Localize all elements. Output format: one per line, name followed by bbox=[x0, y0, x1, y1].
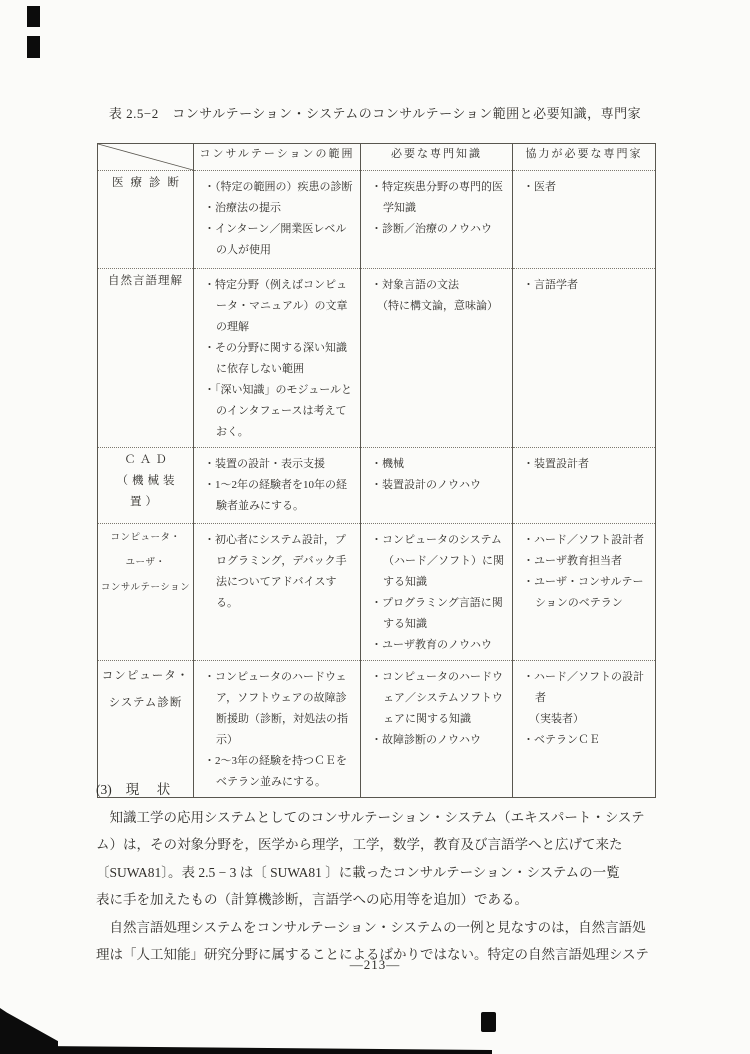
table-cell-line: ・コンピュータのハードウェア／システムソフトウェアに関する知識 bbox=[371, 667, 506, 730]
table-cell-line: ・診断／治療のノウハウ bbox=[371, 219, 506, 240]
row-label: コンピュータ・ユーザ・コンサルテーション bbox=[98, 524, 194, 661]
table-cell-line: ・特定分野（例えばコンピュータ・マニュアル）の文章の理解 bbox=[204, 275, 354, 338]
table-cell-line: ・プログラミング言語に関する知識 bbox=[371, 593, 506, 635]
body-text: (3)現 状 知識工学の応用システムとしてのコンサルテーション・システム（エキス… bbox=[96, 776, 672, 969]
cell-knowledge: ・コンピュータのシステム（ハード／ソフト）に関する知識・プログラミング言語に関す… bbox=[361, 524, 513, 661]
row-label: 自然言語理解 bbox=[98, 269, 194, 448]
table-cell-line: ・対象言語の文法 bbox=[371, 275, 506, 296]
row-label-line: コンサルテーション bbox=[100, 576, 191, 601]
table-caption: 表 2.5−2 コンサルテーション・システムのコンサルテーション範囲と必要知識，… bbox=[0, 103, 750, 122]
consultation-system-table: コンサルテーションの範囲 必要な専門知識 協力が必要な専門家 医療診断 ・（特定… bbox=[97, 143, 656, 798]
table-cell-line: ・1～2年の経験者を10年の経験者並みにする。 bbox=[204, 475, 354, 517]
cell-experts: ・医者 bbox=[513, 171, 656, 269]
row-label: ＣＡＤ（機械装置） bbox=[98, 448, 194, 524]
row-label-line: ＣＡＤ bbox=[100, 450, 191, 471]
cell-scope: ・特定分野（例えばコンピュータ・マニュアル）の文章の理解・その分野に関する深い知… bbox=[194, 269, 361, 448]
cell-experts: ・ハード／ソフト設計者・ユーザ教育担当者・ユーザ・コンサルテーションのベテラン bbox=[513, 524, 656, 661]
body-text-line: 表に手を加えたもの（計算機診断，言語学への応用等を追加）である。 bbox=[96, 886, 672, 914]
cell-knowledge: ・特定疾患分野の専門的医学知識・診断／治療のノウハウ bbox=[361, 171, 513, 269]
table-header-row: コンサルテーションの範囲 必要な専門知識 協力が必要な専門家 bbox=[98, 144, 656, 171]
table-row-cad: ＣＡＤ（機械装置） ・装置の設計・表示支援・1～2年の経験者を10年の経験者並み… bbox=[98, 448, 656, 524]
scan-artifact-top-left-2 bbox=[27, 36, 40, 58]
table-cell-line: ・コンピュータのシステム（ハード／ソフト）に関する知識 bbox=[371, 530, 506, 593]
cell-experts: ・言語学者 bbox=[513, 269, 656, 448]
section-number: (3) bbox=[96, 776, 112, 804]
row-label-line: 自然言語理解 bbox=[100, 271, 191, 292]
table-cell-line: ・その分野に関する深い知識に依存しない範囲 bbox=[204, 338, 354, 380]
section-heading: (3)現 状 bbox=[96, 776, 672, 804]
table-cell-line: ・装置設計のノウハウ bbox=[371, 475, 506, 496]
section-title: 現 状 bbox=[126, 776, 173, 804]
table-row-natural-language: 自然言語理解 ・特定分野（例えばコンピュータ・マニュアル）の文章の理解・その分野… bbox=[98, 269, 656, 448]
table-cell-line: ・治療法の提示 bbox=[204, 198, 354, 219]
table-cell-line: ・機械 bbox=[371, 454, 506, 475]
paragraph-1: 知識工学の応用システムとしてのコンサルテーション・システム（エキスパート・システ… bbox=[96, 804, 672, 914]
table-cell-line: ・ベテランＣＥ bbox=[523, 730, 649, 751]
cell-scope: ・装置の設計・表示支援・1～2年の経験者を10年の経験者並みにする。 bbox=[194, 448, 361, 524]
row-label-line: システム診断 bbox=[100, 690, 191, 717]
scan-artifact-bottom-blob bbox=[481, 1012, 496, 1032]
row-label-line: 医療診断 bbox=[100, 173, 191, 194]
column-header-knowledge: 必要な専門知識 bbox=[361, 144, 513, 171]
table-cell-line: ・言語学者 bbox=[523, 275, 649, 296]
table-cell-line: ・故障診断のノウハウ bbox=[371, 730, 506, 751]
table-cell-line: （実装者） bbox=[523, 709, 649, 730]
table-cell-line: ・ユーザ教育担当者 bbox=[523, 551, 649, 572]
row-label-line: ユーザ・ bbox=[100, 551, 191, 576]
column-header-scope: コンサルテーションの範囲 bbox=[194, 144, 361, 171]
cell-scope: ・（特定の範囲の）疾患の診断・治療法の提示・インターン／開業医レベルの人が使用 bbox=[194, 171, 361, 269]
table-cell-line: ・ユーザ教育のノウハウ bbox=[371, 635, 506, 656]
row-label: 医療診断 bbox=[98, 171, 194, 269]
table-row-medical-diagnosis: 医療診断 ・（特定の範囲の）疾患の診断・治療法の提示・インターン／開業医レベルの… bbox=[98, 171, 656, 269]
diagonal-line bbox=[98, 144, 193, 170]
scan-artifact-top-left-1 bbox=[27, 6, 40, 27]
table-cell-line: ・ハード／ソフトの設計者 bbox=[523, 667, 649, 709]
document-page: 表 2.5−2 コンサルテーション・システムのコンサルテーション範囲と必要知識，… bbox=[0, 0, 750, 1054]
table-cell-line: （特に構文論，意味論） bbox=[371, 296, 506, 317]
body-text-line: ム）は，その対象分野を，医学から理学，工学，数学，教育及び言語学へと広げて来た bbox=[96, 831, 672, 859]
scan-artifact-bottom-strip bbox=[40, 1046, 492, 1054]
table-cell-line: ・装置の設計・表示支援 bbox=[204, 454, 354, 475]
table-cell-line: ・医者 bbox=[523, 177, 649, 198]
column-header-experts: 協力が必要な専門家 bbox=[513, 144, 656, 171]
table-cell-line: ・（特定の範囲の）疾患の診断 bbox=[204, 177, 354, 198]
body-text-line: 知識工学の応用システムとしてのコンサルテーション・システム（エキスパート・システ bbox=[96, 804, 672, 832]
row-label-line: コンピュータ・ bbox=[100, 526, 191, 551]
table-row-computer-user-consultation: コンピュータ・ユーザ・コンサルテーション ・初心者にシステム設計，プログラミング… bbox=[98, 524, 656, 661]
row-label-line: コンピュータ・ bbox=[100, 663, 191, 690]
cell-scope: ・初心者にシステム設計，プログラミング，デバック手法についてアドバイスする。 bbox=[194, 524, 361, 661]
table-cell-line: ・ユーザ・コンサルテーションのベテラン bbox=[523, 572, 649, 614]
page-number: —213— bbox=[0, 957, 750, 973]
cell-knowledge: ・対象言語の文法（特に構文論，意味論） bbox=[361, 269, 513, 448]
table-cell-line: ・特定疾患分野の専門的医学知識 bbox=[371, 177, 506, 219]
body-text-line: 自然言語処理システムをコンサルテーション・システムの一例と見なすのは，自然言語処 bbox=[96, 914, 672, 942]
table-cell-line: ・インターン／開業医レベルの人が使用 bbox=[204, 219, 354, 261]
table-cell-line: ・「深い知識」のモジュールとのインタフェースは考えておく。 bbox=[204, 380, 354, 443]
table-cell-line: ・初心者にシステム設計，プログラミング，デバック手法についてアドバイスする。 bbox=[204, 530, 354, 614]
corner-cell bbox=[98, 144, 194, 171]
table-cell-line: ・ハード／ソフト設計者 bbox=[523, 530, 649, 551]
cell-experts: ・装置設計者 bbox=[513, 448, 656, 524]
body-text-line: 〔SUWA81〕。表 2.5 − 3 は〔 SUWA81 〕に載ったコンサルテー… bbox=[96, 859, 672, 887]
table-cell-line: ・コンピュータのハードウェア，ソフトウェアの故障診断援助（診断，対処法の指示） bbox=[204, 667, 354, 751]
table-cell-line: ・装置設計者 bbox=[523, 454, 649, 475]
row-label-line: （機械装置） bbox=[100, 471, 191, 513]
cell-knowledge: ・機械・装置設計のノウハウ bbox=[361, 448, 513, 524]
